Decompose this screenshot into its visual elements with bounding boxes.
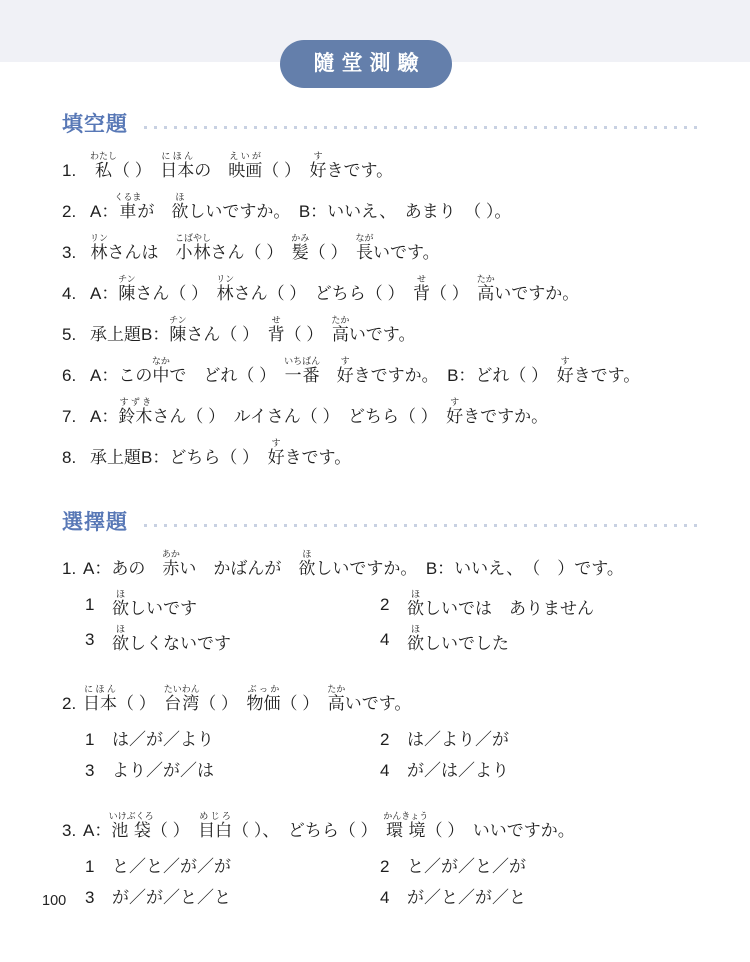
furigana: めじろ	[198, 811, 232, 821]
section-header: 填空題	[62, 108, 702, 138]
question-number: 8.	[62, 437, 90, 478]
option-item: 3より／が／は	[85, 755, 380, 786]
option-number: 1	[85, 589, 112, 624]
option-text: が／が／と／と	[112, 882, 231, 913]
furigana: ほ	[112, 624, 129, 634]
question-number: 2.	[62, 191, 90, 232]
ruby-base: 背せ	[413, 284, 430, 303]
question-row: 7.A：鈴木すずきさん（ ） ルイさん（ ） どちら（ ） 好すきですか。	[62, 396, 702, 437]
quiz-badge: 隨堂測驗	[280, 40, 452, 88]
ruby-base: 好す	[268, 448, 285, 467]
ruby-base: 林リン	[90, 243, 108, 262]
ruby-base: 台湾たいわん	[164, 694, 199, 713]
question-block: 8.承上題B：どちら（ ） 好すきです。	[62, 437, 702, 478]
furigana: たか	[331, 315, 349, 325]
question-row: 1.私わたし（ ） 日本にほんの 映画えいが（ ） 好すきです。	[62, 150, 702, 191]
question-text: A：車くるまが 欲ほしいですか。 B：いいえ、 あまり （ ）。	[90, 191, 511, 232]
ruby-base: 目白めじろ	[198, 821, 232, 840]
quiz-content: 填空題1.私わたし（ ） 日本にほんの 映画えいが（ ） 好すきです。2.A：車…	[62, 108, 702, 913]
furigana: リン	[216, 274, 234, 284]
furigana: すずき	[118, 397, 152, 407]
option-number: 4	[380, 882, 407, 913]
option-number: 1	[85, 851, 112, 882]
option-text: は／より／が	[407, 724, 509, 755]
question-row: 4.A：陳チンさん（ ） 林リンさん（ ） どちら（ ） 背せ（ ） 高たかいで…	[62, 273, 702, 314]
ruby-base: 欲ほ	[298, 559, 315, 578]
ruby-base: 陳チン	[118, 284, 135, 303]
option-item: 1欲ほしいです	[85, 589, 380, 624]
page-number: 100	[42, 893, 66, 909]
ruby-base: 欲ほ	[407, 634, 424, 653]
option-item: 1と／と／が／が	[85, 851, 380, 882]
furigana: こばやし	[175, 233, 211, 243]
furigana: にほん	[83, 684, 117, 694]
ruby-base: 欲ほ	[171, 202, 188, 221]
option-item: 1は／が／より	[85, 724, 380, 755]
question-number: 6.	[62, 355, 90, 396]
furigana: たいわん	[164, 684, 200, 694]
question-block: 2.日本にほん（ ） 台湾たいわん（ ） 物価ぶっか（ ） 高たかいです。1は／…	[62, 683, 702, 786]
ruby-base: 一番いちばん	[285, 366, 320, 385]
question-number: 1.	[62, 548, 83, 589]
furigana: あか	[162, 549, 180, 559]
ruby-base: 好す	[557, 366, 574, 385]
sections-container: 填空題1.私わたし（ ） 日本にほんの 映画えいが（ ） 好すきです。2.A：車…	[62, 108, 702, 913]
question-text: A：鈴木すずきさん（ ） ルイさん（ ） どちら（ ） 好すきですか。	[90, 396, 548, 437]
section-title: 填空題	[62, 108, 128, 138]
furigana: す	[446, 397, 463, 407]
furigana: なが	[355, 233, 373, 243]
option-text: と／と／が／が	[112, 851, 231, 882]
question-text: A：あの 赤あかい かばんが 欲ほしいですか。 B：いいえ、 （ ）です。	[83, 548, 624, 589]
question-row: 6.A：この中なかで どれ（ ） 一番いちばん 好すきですか。 B：どれ（ ） …	[62, 355, 702, 396]
question-number: 3.	[62, 810, 83, 851]
option-item: 4が／と／が／と	[380, 882, 702, 913]
question-text: 林リンさんは 小林こばやしさん（ ） 髪かみ（ ） 長ながいです。	[90, 232, 440, 273]
question-number: 7.	[62, 396, 90, 437]
furigana: にほん	[160, 151, 194, 161]
option-text: が／と／が／と	[407, 882, 526, 913]
ruby-base: 高たか	[332, 325, 349, 344]
question-row: 2.日本にほん（ ） 台湾たいわん（ ） 物価ぶっか（ ） 高たかいです。	[62, 683, 702, 724]
option-number: 2	[380, 589, 407, 624]
question-block: 6.A：この中なかで どれ（ ） 一番いちばん 好すきですか。 B：どれ（ ） …	[62, 355, 702, 396]
option-item: 4欲ほしいでした	[380, 624, 702, 659]
question-block: 3.林リンさんは 小林こばやしさん（ ） 髪かみ（ ） 長ながいです。	[62, 232, 702, 273]
furigana: チン	[118, 274, 136, 284]
question-number: 4.	[62, 273, 90, 314]
option-number: 4	[380, 755, 407, 786]
question-block: 1.私わたし（ ） 日本にほんの 映画えいが（ ） 好すきです。	[62, 150, 702, 191]
option-number: 3	[85, 882, 112, 913]
furigana: いちばん	[284, 356, 320, 366]
question-text: A：この中なかで どれ（ ） 一番いちばん 好すきですか。 B：どれ（ ） 好す…	[90, 355, 640, 396]
section-choice: 選擇題1.A：あの 赤あかい かばんが 欲ほしいですか。 B：いいえ、 （ ）で…	[62, 506, 702, 913]
question-block: 4.A：陳チンさん（ ） 林リンさん（ ） どちら（ ） 背せ（ ） 高たかいで…	[62, 273, 702, 314]
option-text: 欲ほしくないです	[112, 624, 231, 659]
ruby-base: 中なか	[152, 366, 169, 385]
section-fill: 填空題1.私わたし（ ） 日本にほんの 映画えいが（ ） 好すきです。2.A：車…	[62, 108, 702, 478]
furigana: わたし	[90, 151, 117, 161]
ruby-base: 池袋いけぶくろ	[111, 821, 151, 840]
furigana: リン	[90, 233, 108, 243]
question-number: 1.	[62, 150, 90, 191]
option-text: は／が／より	[112, 724, 214, 755]
option-number: 2	[380, 851, 407, 882]
furigana: す	[557, 356, 574, 366]
furigana: ぶっか	[246, 684, 280, 694]
furigana: かみ	[291, 233, 309, 243]
ruby-base: 好す	[309, 161, 326, 180]
dotted-divider	[144, 126, 702, 129]
option-number: 1	[85, 724, 112, 755]
question-row: 5.承上題B：陳チンさん（ ） 背せ（ ） 高たかいです。	[62, 314, 702, 355]
options-grid: 1欲ほしいです2欲ほしいでは ありません3欲ほしくないです4欲ほしいでした	[85, 589, 702, 659]
ruby-base: 高たか	[328, 694, 345, 713]
question-block: 5.承上題B：陳チンさん（ ） 背せ（ ） 高たかいです。	[62, 314, 702, 355]
ruby-base: 日本にほん	[83, 694, 117, 713]
question-text: 日本にほん（ ） 台湾たいわん（ ） 物価ぶっか（ ） 高たかいです。	[83, 683, 411, 724]
furigana: す	[337, 356, 354, 366]
options-grid: 1と／と／が／が2と／が／と／が3が／が／と／と4が／と／が／と	[85, 851, 702, 913]
furigana: たか	[327, 684, 345, 694]
question-row: 2.A：車くるまが 欲ほしいですか。 B：いいえ、 あまり （ ）。	[62, 191, 702, 232]
ruby-base: 鈴木すずき	[118, 407, 152, 426]
furigana: くるま	[114, 192, 141, 202]
option-item: 4が／は／より	[380, 755, 702, 786]
option-text: 欲ほしいでした	[407, 624, 509, 659]
option-number: 2	[380, 724, 407, 755]
furigana: ほ	[407, 589, 424, 599]
furigana: ほ	[112, 589, 129, 599]
option-item: 2と／が／と／が	[380, 851, 702, 882]
question-text: A：池袋いけぶくろ（ ） 目白めじろ（ ）、 どちら（ ） 環境かんきょう（ ）…	[83, 810, 575, 851]
option-number: 3	[85, 624, 112, 659]
dotted-divider	[144, 524, 702, 527]
ruby-base: 髪かみ	[292, 243, 309, 262]
ruby-base: 映画えいが	[228, 161, 262, 180]
ruby-base: 背せ	[268, 325, 285, 344]
question-text: 承上題B：どちら（ ） 好すきです。	[90, 437, 351, 478]
ruby-base: 赤あか	[162, 559, 179, 578]
option-text: 欲ほしいです	[112, 589, 197, 624]
ruby-base: 好す	[446, 407, 463, 426]
question-number: 2.	[62, 683, 83, 724]
option-number: 3	[85, 755, 112, 786]
question-text: A：陳チンさん（ ） 林リンさん（ ） どちら（ ） 背せ（ ） 高たかいですか…	[90, 273, 579, 314]
option-text: 欲ほしいでは ありません	[407, 589, 594, 624]
furigana: す	[309, 151, 326, 161]
option-item: 3が／が／と／と	[85, 882, 380, 913]
ruby-base: 日本にほん	[160, 161, 194, 180]
question-row: 3.林リンさんは 小林こばやしさん（ ） 髪かみ（ ） 長ながいです。	[62, 232, 702, 273]
furigana: ほ	[171, 192, 188, 202]
option-text: が／は／より	[407, 755, 509, 786]
ruby-base: 長なが	[356, 243, 373, 262]
furigana: なか	[152, 356, 170, 366]
question-row: 8.承上題B：どちら（ ） 好すきです。	[62, 437, 702, 478]
furigana: チン	[169, 315, 187, 325]
ruby-base: 欲ほ	[112, 634, 129, 653]
question-block: 2.A：車くるまが 欲ほしいですか。 B：いいえ、 あまり （ ）。	[62, 191, 702, 232]
furigana: たか	[477, 274, 495, 284]
option-text: より／が／は	[112, 755, 214, 786]
ruby-base: 環境かんきょう	[386, 821, 426, 840]
ruby-base: 欲ほ	[112, 599, 129, 618]
question-number: 3.	[62, 232, 90, 273]
section-header: 選擇題	[62, 506, 702, 536]
furigana: せ	[413, 274, 430, 284]
option-item: 3欲ほしくないです	[85, 624, 380, 659]
furigana: せ	[268, 315, 285, 325]
option-text: と／が／と／が	[407, 851, 526, 882]
question-row: 1.A：あの 赤あかい かばんが 欲ほしいですか。 B：いいえ、 （ ）です。	[62, 548, 702, 589]
option-item: 2は／より／が	[380, 724, 702, 755]
furigana: かんきょう	[383, 811, 428, 821]
ruby-base: 林リン	[217, 284, 234, 303]
ruby-base: 小林こばやし	[176, 243, 211, 262]
furigana: いけぶくろ	[109, 811, 154, 821]
ruby-base: 高たか	[477, 284, 494, 303]
ruby-base: 欲ほ	[407, 599, 424, 618]
question-text: 私わたし（ ） 日本にほんの 映画えいが（ ） 好すきです。	[90, 150, 393, 191]
furigana: す	[268, 438, 285, 448]
question-number: 5.	[62, 314, 90, 355]
ruby-base: 車くるま	[118, 202, 137, 221]
option-number: 4	[380, 624, 407, 659]
furigana: ほ	[298, 549, 315, 559]
ruby-base: 好す	[337, 366, 354, 385]
ruby-base: 陳チン	[169, 325, 186, 344]
question-block: 3.A：池袋いけぶくろ（ ） 目白めじろ（ ）、 どちら（ ） 環境かんきょう（…	[62, 810, 702, 913]
furigana: ほ	[407, 624, 424, 634]
ruby-base: 私わたし	[90, 161, 113, 180]
furigana: えいが	[228, 151, 262, 161]
ruby-base: 物価ぶっか	[246, 694, 280, 713]
question-block: 7.A：鈴木すずきさん（ ） ルイさん（ ） どちら（ ） 好すきですか。	[62, 396, 702, 437]
options-grid: 1は／が／より2は／より／が3より／が／は4が／は／より	[85, 724, 702, 786]
option-item: 2欲ほしいでは ありません	[380, 589, 702, 624]
section-title: 選擇題	[62, 506, 128, 536]
question-block: 1.A：あの 赤あかい かばんが 欲ほしいですか。 B：いいえ、 （ ）です。1…	[62, 548, 702, 659]
question-row: 3.A：池袋いけぶくろ（ ） 目白めじろ（ ）、 どちら（ ） 環境かんきょう（…	[62, 810, 702, 851]
question-text: 承上題B：陳チンさん（ ） 背せ（ ） 高たかいです。	[90, 314, 415, 355]
